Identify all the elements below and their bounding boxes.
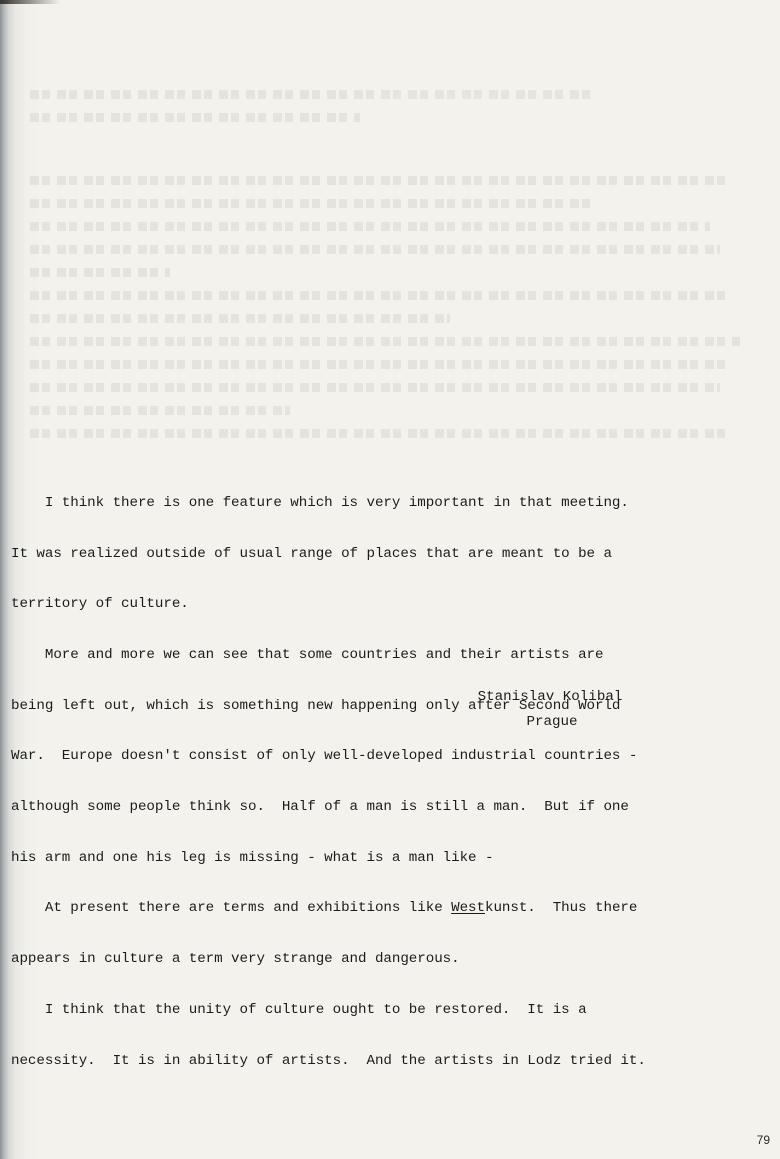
text-segment: At present there are terms and exhibitio…: [11, 900, 451, 916]
text-line: appears in culture a term very strange a…: [11, 951, 771, 968]
text-line: his arm and one his leg is missing - wha…: [11, 850, 771, 867]
text-line: being left out, which is something new h…: [11, 698, 771, 715]
text-segment: kunst. Thus there: [485, 900, 637, 916]
text-line: It was realized outside of usual range o…: [11, 546, 771, 563]
signature-block: Stanislav Kolibal Prague: [464, 685, 636, 735]
reverse-side-bleed-through: [30, 90, 750, 452]
text-line: necessity. It is in ability of artists. …: [11, 1053, 771, 1070]
page-edge-shadow: [0, 0, 60, 4]
text-line: War. Europe doesn't consist of only well…: [11, 748, 771, 765]
scanned-page: I think there is one feature which is ve…: [0, 0, 780, 1159]
author-name: Stanislav Kolibal: [464, 685, 636, 710]
text-line-with-underline: At present there are terms and exhibitio…: [11, 900, 771, 917]
page-number: 79: [757, 1133, 770, 1147]
text-line: More and more we can see that some count…: [11, 647, 771, 664]
author-city: Prague: [464, 710, 636, 735]
underlined-word: West: [451, 900, 485, 916]
text-line: I think that the unity of culture ought …: [11, 1002, 771, 1019]
text-line: I think there is one feature which is ve…: [11, 495, 771, 512]
text-line: although some people think so. Half of a…: [11, 799, 771, 816]
letter-body: I think there is one feature which is ve…: [11, 461, 771, 1103]
text-line: territory of culture.: [11, 596, 771, 613]
